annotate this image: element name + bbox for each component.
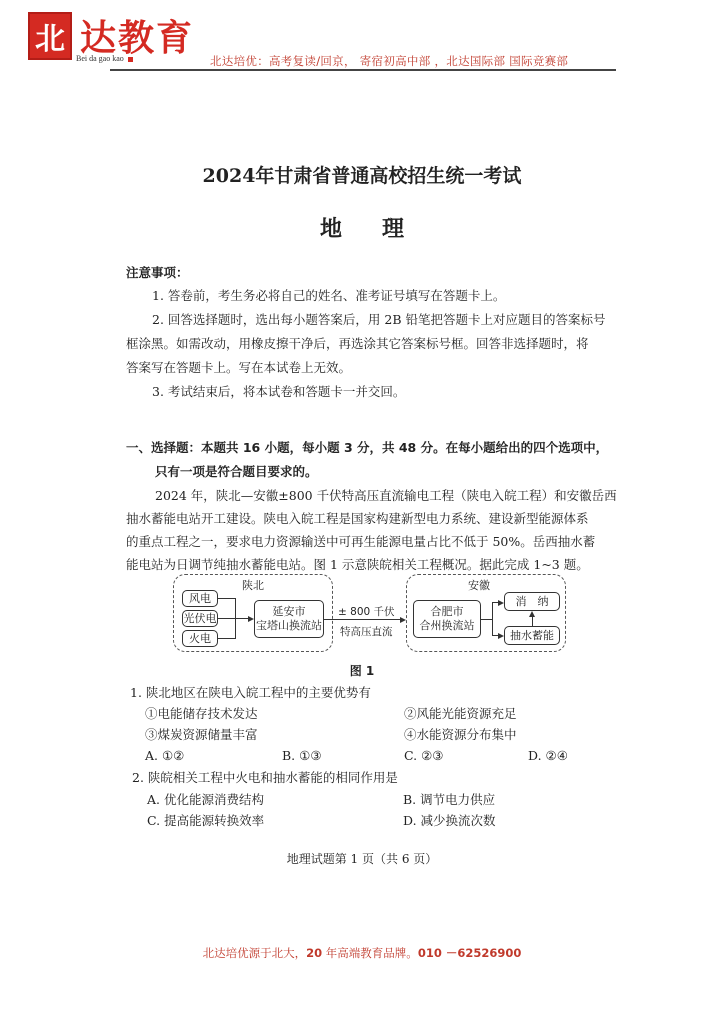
footer-ad-text-1: 北达培优源于北大， — [203, 946, 307, 960]
question-2-option-c[interactable]: C. 提高能源转换效率 — [147, 810, 264, 831]
source-solar: 光伏电 — [182, 610, 218, 627]
footer-ad-text-2: 年高端教育品牌。 — [322, 946, 418, 960]
figure-caption: 图 1 — [0, 662, 724, 679]
question-1-statement: ③煤炭资源储量丰富 — [145, 724, 258, 745]
station-hefei: 合肥市 合州换流站 — [413, 600, 481, 638]
subject-char-2: 理 — [382, 216, 404, 242]
exam-title: 2024年甘肃省普通高校招生统一考试 — [0, 161, 724, 188]
figure-1-diagram: 陕北 风电 光伏电 火电 延安市 宝塔山换流站 ± 800 千伏 特高压直流 安… — [168, 572, 568, 662]
hvdc-label-top: ± 800 千伏 — [338, 604, 395, 619]
hvdc-line — [324, 619, 402, 620]
question-1-option-b[interactable]: B. ①③ — [282, 745, 322, 766]
station-yanan-line1: 延安市 — [273, 605, 306, 619]
page-number: 地理试题第 1 页（共 6 页） — [0, 850, 724, 867]
question-1-stem: 1. 陕北地区在陕电入皖工程中的主要优势有 — [130, 682, 371, 703]
connector — [492, 602, 493, 636]
section-heading: 一、选择题：本题共 16 小题，每小题 3 分，共 48 分。在每小题给出的四个… — [126, 437, 608, 458]
hvdc-label-bottom: 特高压直流 — [340, 624, 393, 639]
connector — [218, 598, 236, 599]
connector — [218, 638, 236, 639]
passage-line: 的重点工程之一，要求电力资源输送中可再生能源电量占比不低于 50%。岳西抽水蓄 — [126, 531, 595, 552]
source-thermal: 火电 — [182, 630, 218, 647]
station-yanan-line2: 宝塔山换流站 — [256, 619, 322, 633]
station-hefei-line1: 合肥市 — [431, 605, 464, 619]
question-1-option-a[interactable]: A. ①② — [145, 745, 184, 766]
question-1-option-d[interactable]: D. ②④ — [528, 745, 568, 766]
region-label-shaanbei: 陕北 — [242, 577, 264, 593]
question-2-option-b[interactable]: B. 调节电力供应 — [403, 789, 495, 810]
question-2-stem: 2. 陕皖相关工程中火电和抽水蓄能的相同作用是 — [132, 767, 398, 788]
logo-mark: 北 — [28, 12, 72, 60]
header-divider — [110, 69, 616, 71]
notice-item: 1. 答卷前，考生务必将自己的姓名、准考证号填写在答题卡上。 — [152, 285, 505, 306]
notice-item: 3. 考试结束后，将本试卷和答题卡一并交回。 — [152, 381, 405, 402]
passage-line: 2024 年，陕北—安徽±800 千伏特高压直流输电工程（陕电入皖工程）和安徽岳… — [155, 485, 617, 506]
subject-title: 地理 — [0, 212, 724, 243]
connector — [218, 618, 250, 619]
passage-line: 抽水蓄能电站开工建设。陕电入皖工程是国家构建新型电力系统、建设新型能源体系 — [126, 508, 589, 529]
section-heading-cont: 只有一项是符合题目要求的。 — [155, 461, 318, 482]
header-slogan: 北达培优：高考复读/回京， 寄宿初高中部 ，北达国际部 国际竞赛部 — [210, 53, 568, 69]
subject-char-1: 地 — [320, 216, 342, 242]
arrow-up-icon — [529, 611, 535, 617]
question-2-option-d[interactable]: D. 减少换流次数 — [403, 810, 496, 831]
target-pumped-storage: 抽水蓄能 — [504, 626, 560, 645]
question-1-statement: ④水能资源分布集中 — [404, 724, 517, 745]
notice-item: 2. 回答选择题时，选出每小题答案后，用 2B 铅笔把答题卡上对应题目的答案标号 — [152, 309, 606, 330]
target-consumption: 消 纳 — [504, 592, 560, 611]
station-yanan: 延安市 宝塔山换流站 — [254, 600, 324, 638]
question-1-statement: ②风能光能资源充足 — [404, 703, 517, 724]
question-2-option-a[interactable]: A. 优化能源消费结构 — [147, 789, 264, 810]
region-label-anhui: 安徽 — [468, 577, 490, 593]
logo-subtitle-text: Bei da gao kao — [76, 54, 124, 63]
station-hefei-line2: 合州换流站 — [420, 619, 475, 633]
notice-item: 框涂黑。如需改动，用橡皮擦干净后，再选涂其它答案标号框。回答非选择题时，将 — [126, 333, 589, 354]
notice-item: 答案写在答题卡上。写在本试卷上无效。 — [126, 357, 351, 378]
question-1-statement: ①电能储存技术发达 — [145, 703, 258, 724]
source-wind: 风电 — [182, 590, 218, 607]
footer-ad-phone: 010 －62526900 — [418, 946, 522, 960]
logo-square-icon — [128, 57, 133, 62]
logo-subtitle: Bei da gao kao — [76, 54, 133, 63]
question-1-option-c[interactable]: C. ②③ — [404, 745, 443, 766]
footer-advert: 北达培优源于北大，20 年高端教育品牌。010 －62526900 — [0, 945, 724, 961]
footer-ad-years: 20 — [306, 946, 322, 960]
notice-heading: 注意事项： — [126, 262, 189, 283]
